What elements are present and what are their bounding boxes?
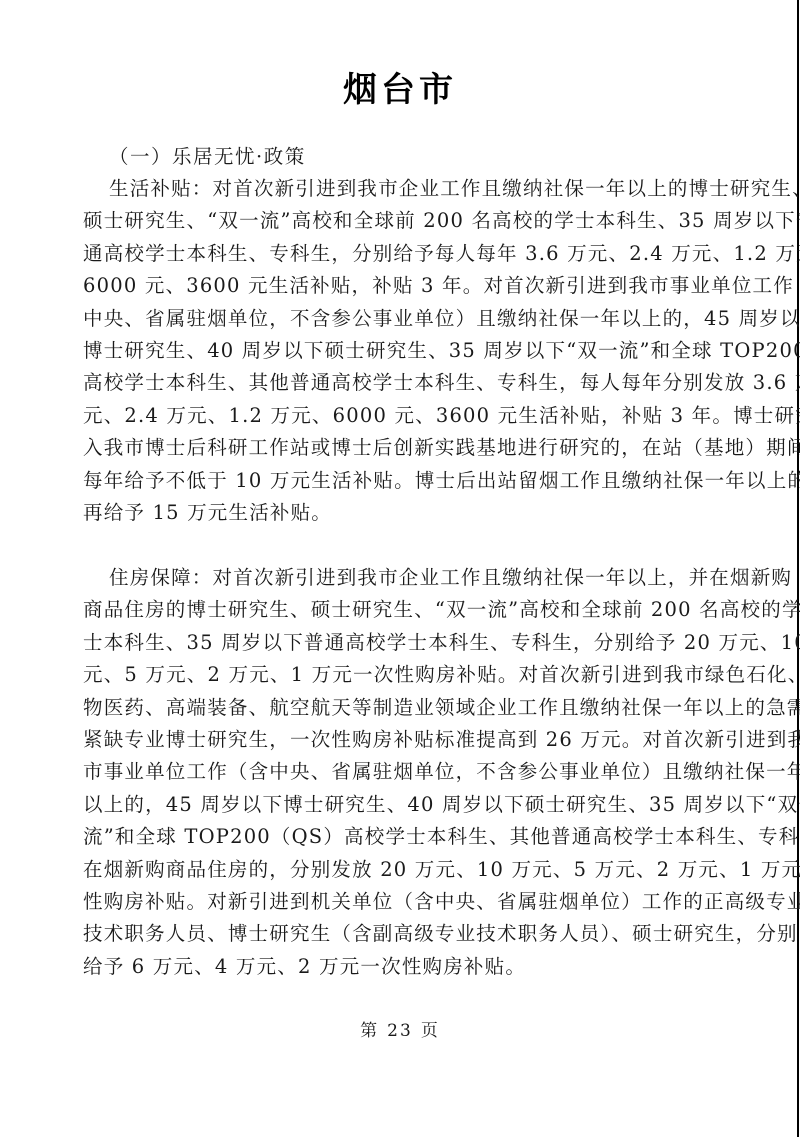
- paragraph-line: 物医药、高端装备、航空航天等制造业领域企业工作且缴纳社保一年以上的急需: [83, 692, 737, 724]
- paragraph-living-subsidy: 生活补贴：对首次新引进到我市企业工作且缴纳社保一年以上的博士研究生、 硕士研究生…: [83, 173, 737, 529]
- paragraph-line: 以上的，45 周岁以下博士研究生、40 周岁以下硕士研究生、35 周岁以下“双一: [83, 789, 737, 821]
- paragraph-line: 在烟新购商品住房的，分别发放 20 万元、10 万元、5 万元、2 万元、1 万…: [83, 854, 737, 886]
- paragraph-line: 士本科生、35 周岁以下普通高校学士本科生、专科生，分别给予 20 万元、10 …: [83, 627, 737, 659]
- paragraph-line: 给予 6 万元、4 万元、2 万元一次性购房补贴。: [83, 951, 737, 983]
- page-prefix: 第: [360, 1021, 379, 1041]
- paragraph-line: 博士研究生、40 周岁以下硕士研究生、35 周岁以下“双一流”和全球 TOP20…: [83, 335, 737, 367]
- section-heading: （一）乐居无忧·政策: [109, 141, 306, 173]
- paragraph-line: 性购房补贴。对新引进到机关单位（含中央、省属驻烟单位）工作的正高级专业: [83, 886, 737, 918]
- paragraph-line: 元、5 万元、2 万元、1 万元一次性购房补贴。对首次新引进到我市绿色石化、生: [83, 659, 737, 691]
- paragraph-line: 通高校学士本科生、专科生，分别给予每人每年 3.6 万元、2.4 万元、1.2 …: [83, 238, 737, 270]
- paragraph-line: 6000 元、3600 元生活补贴，补贴 3 年。对首次新引进到我市事业单位工作…: [83, 270, 737, 302]
- paragraph-line: 技术职务人员、博士研究生（含副高级专业技术职务人员）、硕士研究生，分别: [83, 918, 737, 950]
- paragraph-line: 中央、省属驻烟单位，不含参公事业单位）且缴纳社保一年以上的，45 周岁以下: [83, 303, 737, 335]
- paragraph-line: 每年给予不低于 10 万元生活补贴。博士后出站留烟工作且缴纳社保一年以上的，: [83, 465, 737, 497]
- paragraph-line: 流”和全球 TOP200（QS）高校学士本科生、其他普通高校学士本科生、专科生，: [83, 821, 737, 853]
- page-number: 23: [387, 1021, 413, 1041]
- paragraph-line: 元、2.4 万元、1.2 万元、6000 元、3600 元生活补贴，补贴 3 年…: [83, 400, 737, 432]
- page-number-footer: 第23页: [0, 1016, 800, 1041]
- page-title: 烟台市: [0, 68, 800, 112]
- paragraph-line: 紧缺专业博士研究生，一次性购房补贴标准提高到 26 万元。对首次新引进到我: [83, 724, 737, 756]
- paragraph-line: 入我市博士后科研工作站或博士后创新实践基地进行研究的，在站（基地）期间: [83, 432, 737, 464]
- document-page: 烟台市 （一）乐居无忧·政策 生活补贴：对首次新引进到我市企业工作且缴纳社保一年…: [0, 0, 800, 1137]
- paragraph-line: 生活补贴：对首次新引进到我市企业工作且缴纳社保一年以上的博士研究生、: [83, 173, 737, 205]
- paragraph-housing-guarantee: 住房保障：对首次新引进到我市企业工作且缴纳社保一年以上，并在烟新购 商品住房的博…: [83, 562, 737, 983]
- paragraph-line: 市事业单位工作（含中央、省属驻烟单位，不含参公事业单位）且缴纳社保一年: [83, 756, 737, 788]
- page-edge-border: [797, 0, 799, 1137]
- page-suffix: 页: [421, 1021, 440, 1041]
- paragraph-line: 再给予 15 万元生活补贴。: [83, 497, 737, 529]
- paragraph-line: 硕士研究生、“双一流”高校和全球前 200 名高校的学士本科生、35 周岁以下普: [83, 205, 737, 237]
- paragraph-line: 商品住房的博士研究生、硕士研究生、“双一流”高校和全球前 200 名高校的学: [83, 594, 737, 626]
- paragraph-line: 高校学士本科生、其他普通高校学士本科生、专科生，每人每年分别发放 3.6 万: [83, 367, 737, 399]
- paragraph-line: 住房保障：对首次新引进到我市企业工作且缴纳社保一年以上，并在烟新购: [83, 562, 737, 594]
